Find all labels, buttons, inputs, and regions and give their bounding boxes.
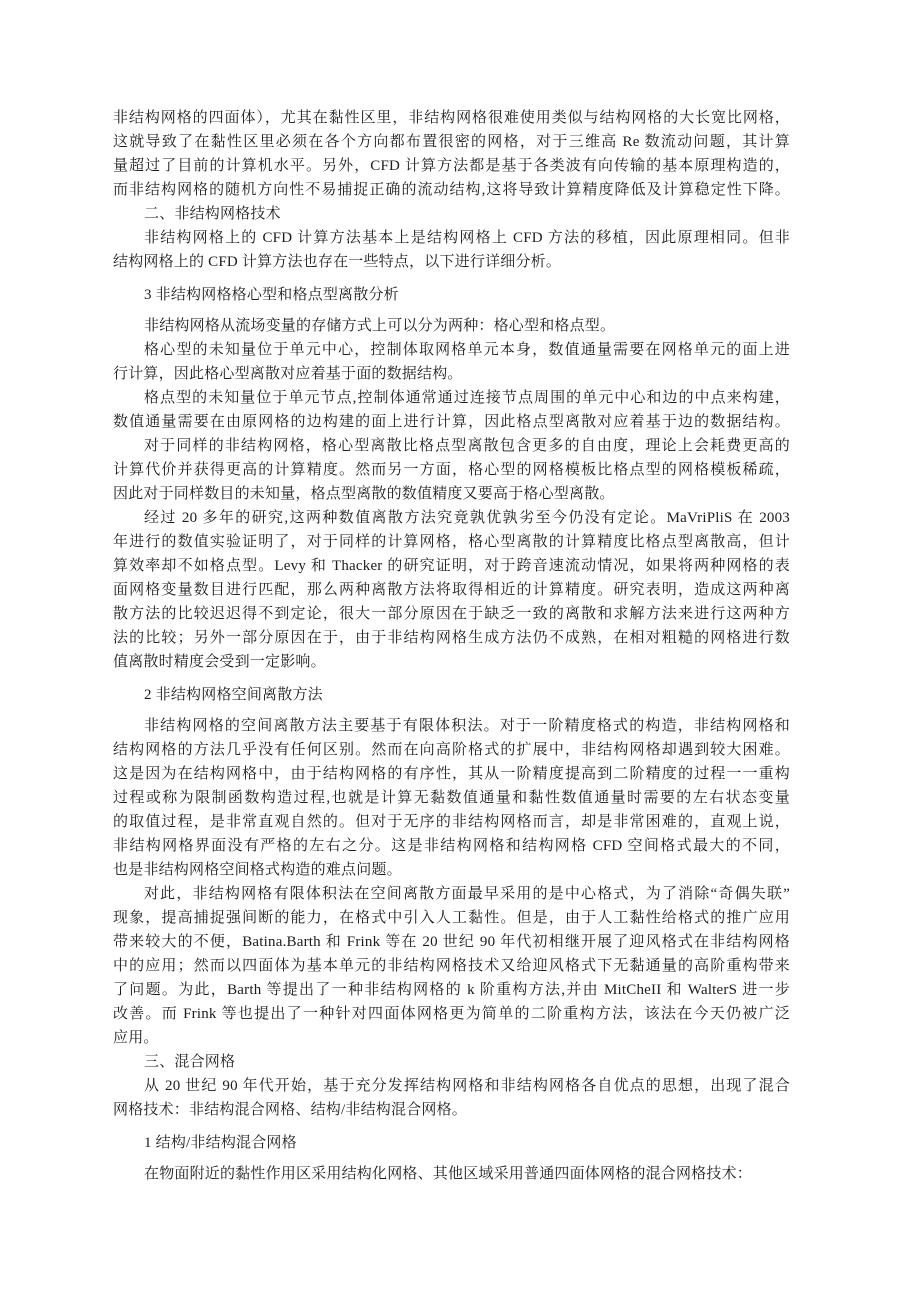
text-line: 年进行的数值实验证明了，对于同样的计算网格，格心型离散的计算精度比格点型离散高，… (113, 530, 790, 554)
text-line: 了问题。为此，Barth 等提出了一种非结构网格的 k 阶重构方法,并由 Mit… (113, 978, 790, 1002)
text-line: 经过 20 多年的研究,这两种数值离散方法究竟孰优孰劣至今仍没有定论。MaVri… (113, 506, 790, 530)
text-line: 现象，提高捕捉强间断的能力，在格式中引入人工黏性。但是，由于人工黏性给格式的推广… (113, 906, 790, 930)
section-heading: 2 非结构网格空间离散方法 (113, 683, 790, 707)
text-line: 结构网格的方法几乎没有任何区别。然而在向高阶格式的扩展中，非结构网格却遇到较大困… (113, 738, 790, 762)
text-line: 非结构网格的四面体），尤其在黏性区里，非结构网格很难使用类似与结构网格的大长宽比… (113, 106, 790, 130)
text-line: 这就导致了在黏性区里必须在各个方向都布置很密的网格，对于三维高 Re 数流动问题… (113, 130, 790, 154)
text-line: 非结构网格上的 CFD 计算方法基本上是结构网格上 CFD 方法的移植，因此原理… (113, 226, 790, 250)
text-line: 也是非结构网格空间格式构造的难点问题。 (113, 858, 790, 882)
text-line: 对此，非结构网格有限体积法在空间离散方面最早采用的是中心格式，为了消除“奇偶失联… (113, 882, 790, 906)
section-heading: 3 非结构网格格心型和格点型离散分析 (113, 283, 790, 307)
text-line: 量超过了目前的计算机水平。另外，CFD 计算方法都是基于各类波有向传输的基本原理… (113, 154, 790, 178)
text-line: 散方法的比较迟迟得不到定论，很大一部分原因在于缺乏一致的离散和求解方法来进行这两… (113, 602, 790, 626)
text-line: 而非结构网格的随机方向性不易捕捉正确的流动结构,这将导致计算精度降低及计算稳定性… (113, 178, 790, 202)
document-page: 非结构网格的四面体），尤其在黏性区里，非结构网格很难使用类似与结构网格的大长宽比… (0, 0, 920, 1301)
document-text-block: 非结构网格的四面体），尤其在黏性区里，非结构网格很难使用类似与结构网格的大长宽比… (113, 106, 790, 1186)
text-line: 法的比较；另外一部分原因在于，由于非结构网格生成方法仍不成熟，在相对粗糙的网格进… (113, 626, 790, 650)
text-line: 算效率却不如格点型。Levy 和 Thacker 的研究证明，对于跨音速流动情况… (113, 554, 790, 578)
text-line: 二、非结构网格技术 (113, 202, 790, 226)
text-line: 计算代价并获得更高的计算精度。然而另一方面，格心型的网格模板比格点型的网格模板稀… (113, 458, 790, 482)
text-line: 的取值过程，是非常直观自然的。但对于无序的非结构网格而言，却是非常困难的，直观上… (113, 810, 790, 834)
text-line: 网格技术：非结构混合网格、结构/非结构混合网格。 (113, 1098, 790, 1122)
text-line: 面网格变量数目进行匹配，那么两种离散方法将取得相近的计算精度。研究表明，造成这两… (113, 578, 790, 602)
text-line: 从 20 世纪 90 年代开始，基于充分发挥结构网格和非结构网格各自优点的思想，… (113, 1074, 790, 1098)
text-line: 数值通量需要在由原网格的边构建的面上进行计算，因此格点型离散对应着基于边的数据结… (113, 410, 790, 434)
text-line: 非结构网格界面没有严格的左右之分。这是非结构网格和结构网格 CFD 空间格式最大… (113, 834, 790, 858)
text-line: 因此对于同样数目的未知量，格点型离散的数值精度又要高于格心型离散。 (113, 482, 790, 506)
section-heading: 1 结构/非结构混合网格 (113, 1131, 790, 1155)
text-line: 这是因为在结构网格中，由于结构网格的有序性，其从一阶精度提高到二阶精度的过程一一… (113, 762, 790, 786)
text-line: 格心型的未知量位于单元中心，控制体取网格单元本身，数值通量需要在网格单元的面上进 (113, 338, 790, 362)
text-line: 应用。 (113, 1026, 790, 1050)
text-line: 行计算，因此格心型离散对应着基于面的数据结构。 (113, 362, 790, 386)
text-line: 值离散时精度会受到一定影响。 (113, 650, 790, 674)
text-line: 带来较大的不便，Batina.Barth 和 Frink 等在 20 世纪 90… (113, 930, 790, 954)
text-line: 中的应用；然而以四面体为基本单元的非结构网格技术又给迎风格式下无黏通量的高阶重构… (113, 954, 790, 978)
text-line: 过程或称为限制函数构造过程,也就是计算无黏数值通量和黏性数值通量时需要的左右状态… (113, 786, 790, 810)
text-line: 对于同样的非结构网格，格心型离散比格点型离散包含更多的自由度，理论上会耗费更高的 (113, 434, 790, 458)
text-line: 改善。而 Frink 等也提出了一种针对四面体网格更为简单的二阶重构方法，该法在… (113, 1002, 790, 1026)
text-line: 非结构网格从流场变量的存储方式上可以分为两种：格心型和格点型。 (113, 314, 790, 338)
text-line: 格点型的未知量位于单元节点,控制体通常通过连接节点周围的单元中心和边的中点来构建… (113, 386, 790, 410)
text-line: 三、混合网格 (113, 1050, 790, 1074)
text-line: 非结构网格的空间离散方法主要基于有限体积法。对于一阶精度格式的构造，非结构网格和 (113, 714, 790, 738)
text-line: 结构网格上的 CFD 计算方法也存在一些特点，以下进行详细分析。 (113, 250, 790, 274)
text-line: 在物面附近的黏性作用区采用结构化网格、其他区域采用普通四面体网格的混合网格技术： (113, 1162, 790, 1186)
